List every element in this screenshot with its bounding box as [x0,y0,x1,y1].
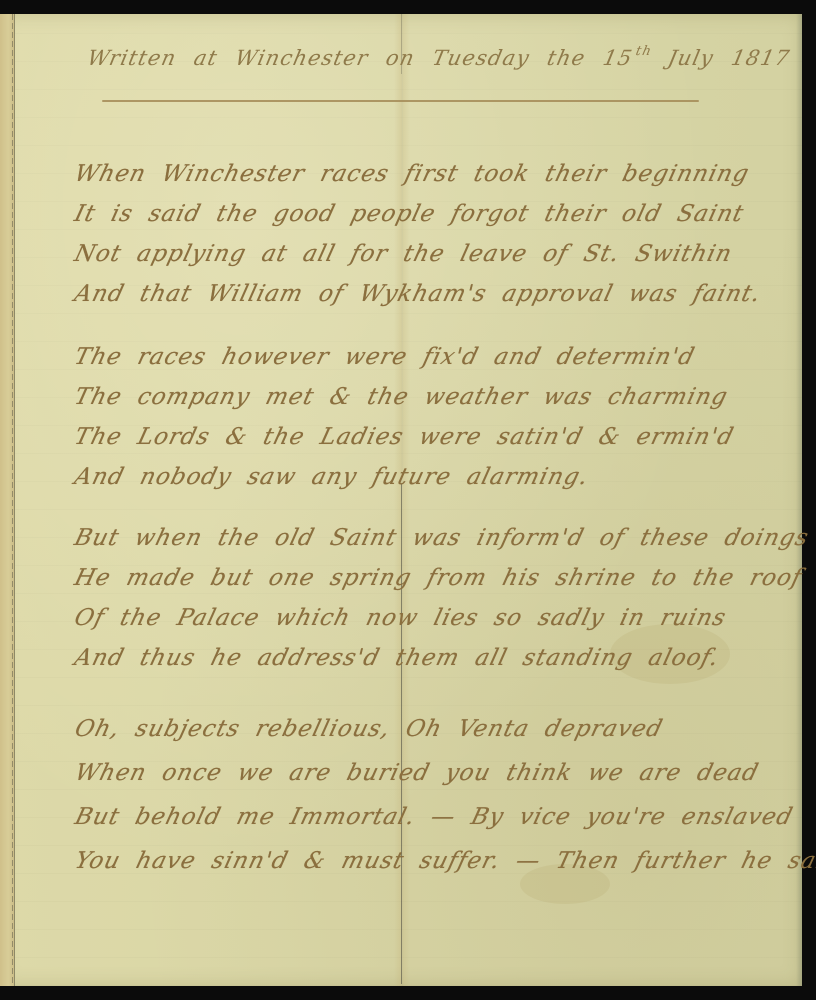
manuscript-heading: Written at Winchester on Tuesday the 15t… [85,44,791,70]
manuscript-page: Written at Winchester on Tuesday the 15t… [0,14,802,986]
stanza-4: Oh, subjects rebellious, Oh Venta deprav… [70,707,790,883]
verse-line: But behold me Immortal. — By vice you're… [70,795,801,839]
verse-line: But when the old Saint was inform'd of t… [70,518,800,558]
verse-line: When Winchester races first took their b… [70,154,800,194]
verse-line: The company met & the weather was charmi… [70,377,800,417]
verse-line: It is said the good people forgot their … [70,194,800,234]
verse-line: When once we are buried you think we are… [70,751,801,795]
verse-line: And nobody saw any future alarming. [70,457,800,497]
verse-line: And thus he address'd them all standing … [70,638,800,678]
verse-line: He made but one spring from his shrine t… [70,558,800,598]
stanza-3: But when the old Saint was inform'd of t… [70,518,790,678]
verse-line: The Lords & the Ladies were satin'd & er… [70,417,800,457]
stanza-2: The races however were fix'd and determi… [70,337,790,497]
heading-text: Written at Winchester on Tuesday the 15 [85,46,635,70]
verse-line: Oh, subjects rebellious, Oh Venta deprav… [70,707,801,751]
verse-line: And that William of Wykham's approval wa… [70,274,800,314]
heading-superscript: th [634,44,653,59]
verse-line: You have sinn'd & must suffer. — Then fu… [70,839,801,883]
heading-underline [102,100,699,102]
verse-line: Not applying at all for the leave of St.… [70,234,800,274]
verse-line: Of the Palace which now lies so sadly in… [70,598,800,638]
heading-date: July 1817 [666,46,793,70]
binding-stitch-line [12,14,13,986]
verse-line: The races however were fix'd and determi… [70,337,800,377]
stanza-1: When Winchester races first took their b… [70,154,790,314]
